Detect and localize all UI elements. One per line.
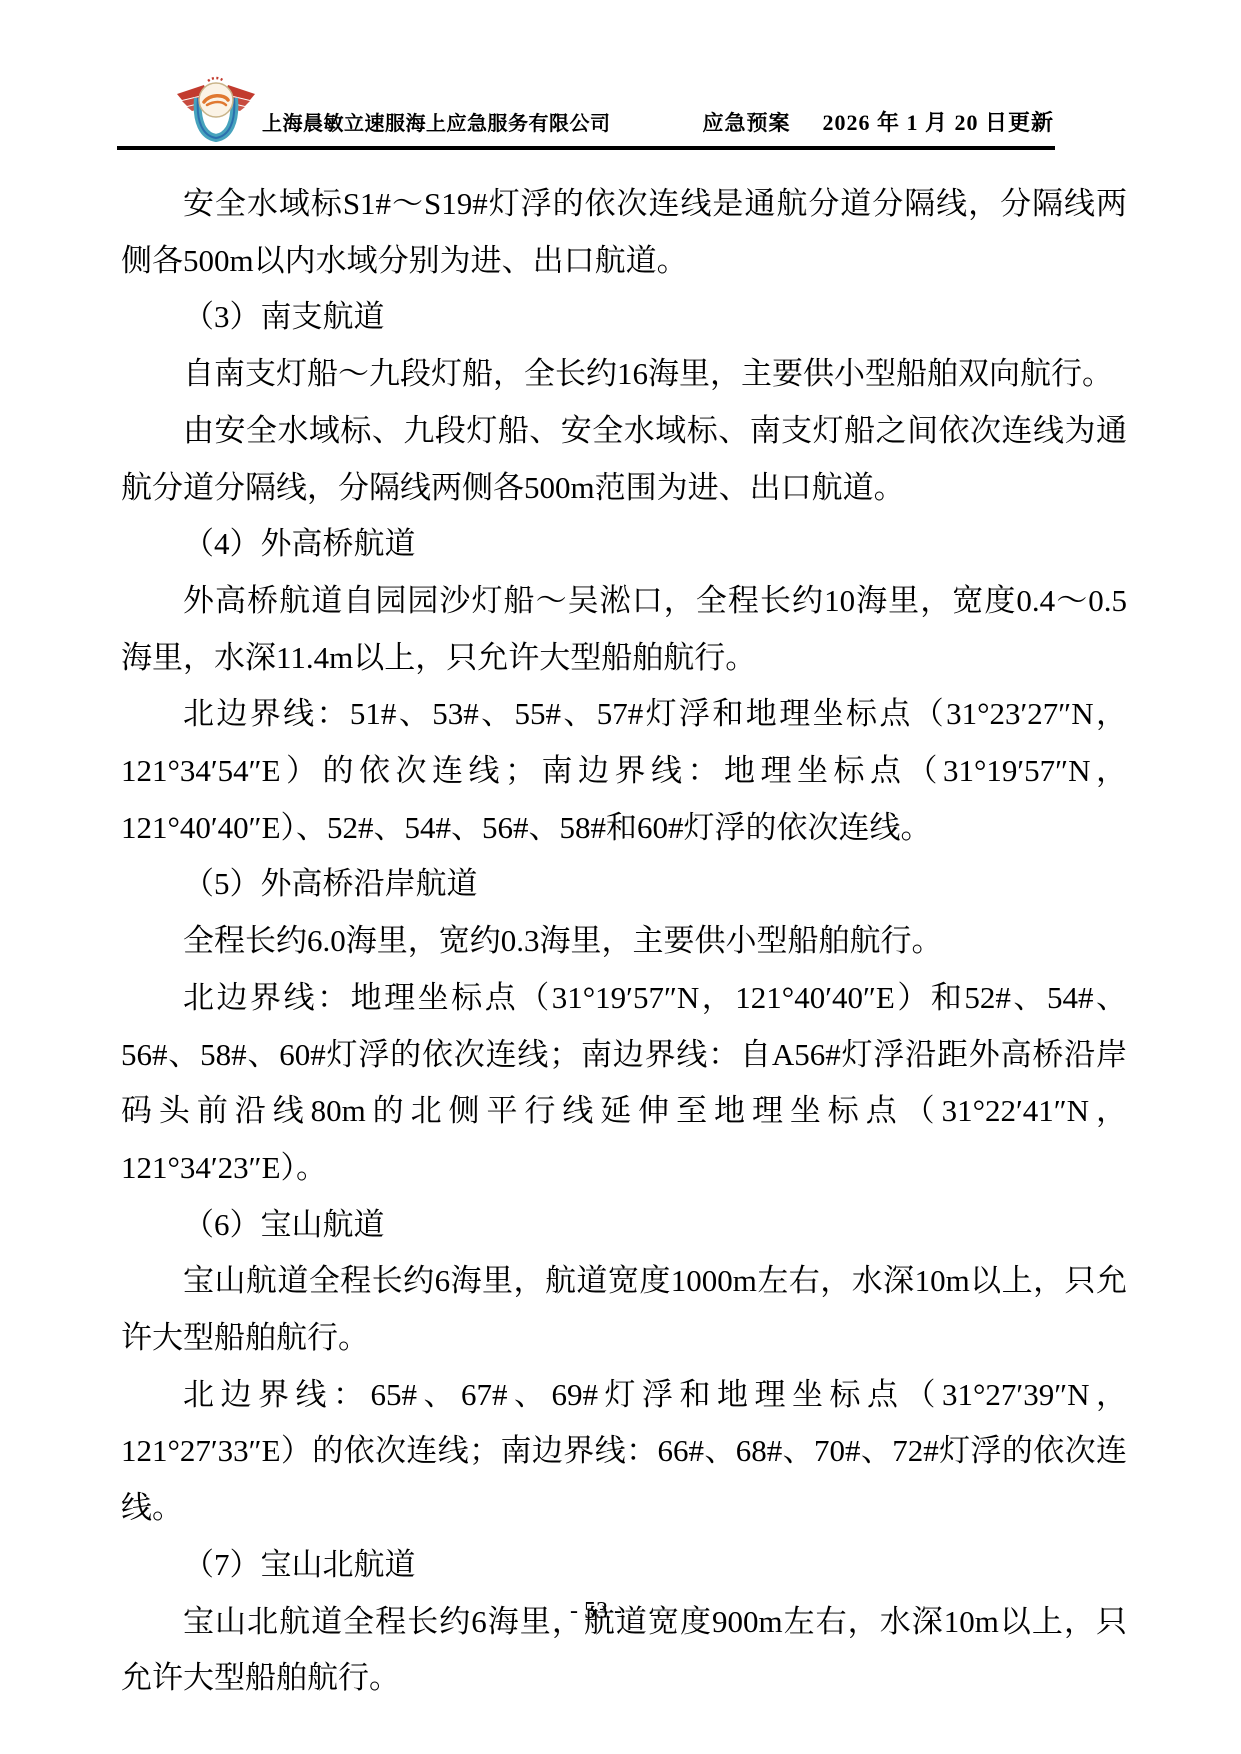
paragraph: 自南支灯船～九段灯船，全长约16海里，主要供小型船舶双向航行。	[121, 346, 1127, 403]
header-doc-type: 应急预案	[703, 111, 791, 135]
section-heading: （6）宝山航道	[121, 1197, 1127, 1254]
paragraph: 外高桥航道自园园沙灯船～吴淞口，全程长约10海里，宽度0.4～0.5海里，水深1…	[121, 573, 1127, 686]
paragraph: 北边界线：地理坐标点（31°19′57″N，121°40′40″E）和52#、5…	[121, 970, 1127, 1197]
paragraph: 北边界线：65#、67#、69#灯浮和地理坐标点（31°27′39″N，121°…	[121, 1367, 1127, 1537]
section-heading: （7）宝山北航道	[121, 1537, 1127, 1594]
header-company-name: 上海晨敏立速服海上应急服务有限公司	[262, 113, 611, 135]
header-title-line: 上海晨敏立速服海上应急服务有限公司 应急预案 2026 年 1 月 20 日更新	[262, 106, 1122, 137]
section-heading: （3）南支航道	[121, 289, 1127, 346]
header-updated-date: 2026 年 1 月 20 日更新	[823, 110, 1055, 135]
paragraph: 宝山航道全程长约6海里，航道宽度1000m左右，水深10m以上，只允许大型船舶航…	[121, 1253, 1127, 1366]
section-heading: （4）外高桥航道	[121, 516, 1127, 573]
paragraph: 全程长约6.0海里，宽约0.3海里，主要供小型船舶航行。	[121, 913, 1127, 970]
document-body: 安全水域标S1#～S19#灯浮的依次连线是通航分道分隔线，分隔线两侧各500m以…	[121, 176, 1127, 1707]
header-rule	[117, 146, 1055, 150]
document-page: 上海晨敏立速服海上应急服务有限公司 应急预案 2026 年 1 月 20 日更新…	[0, 0, 1241, 1754]
top-arc	[208, 78, 224, 81]
paragraph: 由安全水域标、九段灯船、安全水域标、南支灯船之间依次连线为通航分道分隔线，分隔线…	[121, 403, 1127, 516]
page-header: 上海晨敏立速服海上应急服务有限公司 应急预案 2026 年 1 月 20 日更新	[0, 0, 1241, 150]
paragraph: 北边界线：51#、53#、55#、57#灯浮和地理坐标点（31°23′27″N，…	[121, 686, 1127, 856]
paragraph: 安全水域标S1#～S19#灯浮的依次连线是通航分道分隔线，分隔线两侧各500m以…	[121, 176, 1127, 289]
company-logo-icon	[174, 72, 258, 152]
page-number: - 53 -	[121, 1598, 1071, 1625]
section-heading: （5）外高桥沿岸航道	[121, 856, 1127, 913]
